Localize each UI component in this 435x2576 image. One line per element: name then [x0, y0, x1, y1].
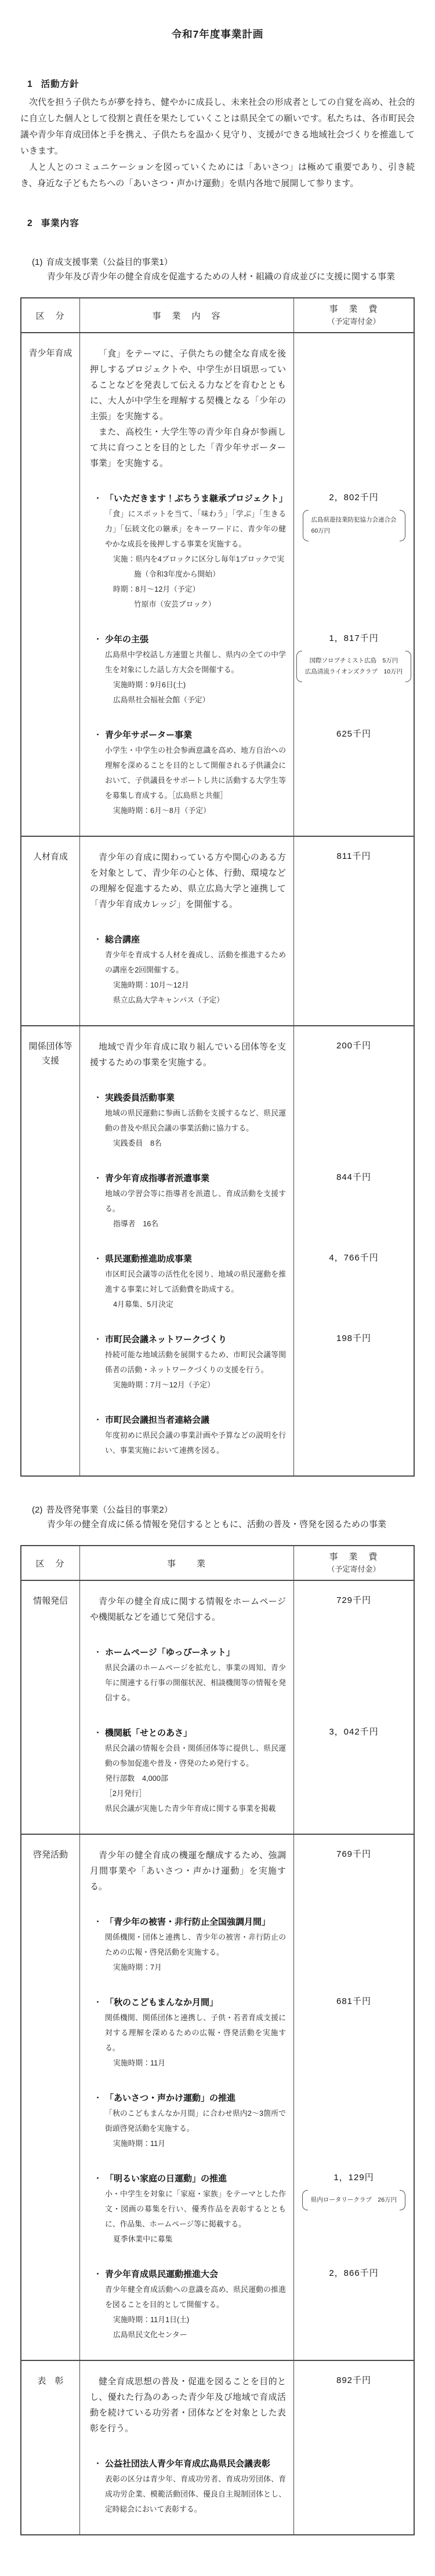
fee-note-line: 60万円	[311, 526, 397, 537]
fee-amount: 729千円	[294, 1594, 414, 1606]
item-title-text: 市町民会議担当者連絡会議	[105, 1415, 209, 1425]
item-detail: 夏季休業中に募集	[90, 2232, 286, 2247]
policy-paragraph: 人と人とのコミュニケーションを図っていくためには「あいさつ」は極めて重要であり、…	[20, 159, 415, 192]
fee-cell	[294, 912, 414, 1008]
row-category-label: 情報発信	[28, 1594, 73, 1608]
item-paragraph: 県民会議の情報を会員・関係団体等に提供し、県民運動の参加促進や普及・啓発のため発…	[90, 1741, 286, 1771]
fee-cell	[294, 1625, 414, 1706]
item-block: ・機関紙「せとのあさ」県民会議の情報を会員・関係団体等に提供し、県民運動の参加促…	[79, 1706, 294, 1816]
item-detail: 4月募集、5月決定	[90, 1297, 286, 1312]
fee-note-line: 広島清流ライオンズクラブ 10万円	[305, 666, 403, 677]
fee-cell: 625千円	[294, 708, 414, 818]
program1-heading: (1)育成支援事業（公益目的事業1）	[32, 256, 415, 268]
fee-cell: 769千円	[294, 1835, 414, 1894]
fee-amount: 2，802千円	[294, 491, 414, 503]
intro-paragraph: 青少年の育成に関わっている方や関心のある方を対象として、青少年の心と体、行動、環…	[90, 850, 286, 912]
table-header: 区 分 事 業 事 業 費 （予定寄付金）	[21, 1546, 414, 1581]
item-block: ・「いただきます！ぶちうま継承プロジェクト」「食」にスポットを当て、「味わう」「…	[79, 471, 294, 612]
table-row: 青少年育成「食」をテーマに、子供たちの健全な育成を後押しするプロジェクトや、中学…	[21, 333, 414, 836]
item-title: ・「明るい家庭の日運動」の推進	[90, 2171, 286, 2187]
item-block: ・「明るい家庭の日運動」の推進小・中学生を対象に「家庭・家族」をテーマとした作文…	[79, 2151, 294, 2247]
item-paragraph: 表彰の区分は青少年、育成功労者、育成功労団体、育成功労企業、模範活動団体、優良自…	[90, 2472, 286, 2517]
table-body: 青少年育成「食」をテーマに、子供たちの健全な育成を後押しするプロジェクトや、中学…	[21, 333, 414, 1475]
bullet-icon: ・	[93, 2090, 102, 2106]
item-subdetail: 竹原市（安芸ブロック）	[90, 597, 286, 612]
intro-paragraph: 地域で青少年育成に取り組んでいる団体等を支援するための事業を実施する。	[90, 1039, 286, 1070]
fee-note: 県内ロータリークラブ 26万円	[302, 2190, 405, 2210]
fee-amount: 1，817千円	[294, 632, 414, 644]
bullet-icon: ・	[93, 1251, 102, 1267]
program1-label: (1)	[32, 257, 42, 267]
fee-cell	[294, 333, 414, 471]
item-paragraph: 青少年健全育成活動への意識を高め、県民運動の推進を図ることを目的として開催する。	[90, 2282, 286, 2312]
item-block: ・「あいさつ・声かけ運動」の推進「秋のこどもまんなか月間」に合わせ県内2～3箇所…	[79, 2071, 294, 2151]
item-title-text: ホームページ「ゆっぴーネット」	[105, 1648, 235, 1657]
fee-amount: 625千円	[294, 727, 414, 739]
bullet-icon: ・	[93, 1725, 102, 1741]
bullet-icon: ・	[93, 1171, 102, 1186]
fee-cell	[294, 1393, 414, 1458]
fee-cell: 198千円	[294, 1312, 414, 1393]
program1-title: 育成支援事業（公益目的事業1）	[46, 257, 172, 267]
row-category-cell: 人材育成	[21, 837, 79, 1008]
bullet-icon: ・	[93, 2171, 102, 2187]
table-row: 表 彰健全育成思想の普及・促進を図ることを目的とし、優れた行為のあった青少年及び…	[21, 2360, 414, 2534]
item-title-text: 青少年サポーター事業	[105, 730, 192, 740]
table-body: 情報発信青少年の健全育成に関する情報をホームページや機関紙などを通じて発信する。…	[21, 1581, 414, 2534]
item-title: ・実践委員活動事業	[90, 1090, 286, 1106]
item-block: ・市町民会議担当者連絡会議年度初めに県民会議の事業計画や予算などの説明を行い、事…	[79, 1393, 294, 1458]
item-title-text: 少年の主張	[105, 635, 148, 644]
table-header: 区 分 事 業 内 容 事 業 費 （予定寄付金）	[21, 298, 414, 333]
item-paragraph: 青少年を育成する人材を養成し、活動を推進するための講座を2回開催する。	[90, 948, 286, 978]
item-block: ・総合講座青少年を育成する人材を養成し、活動を推進するための講座を2回開催する。…	[79, 912, 294, 1008]
column-header-category: 区 分	[21, 309, 79, 322]
bullet-icon: ・	[93, 632, 102, 647]
item-title-text: 県民運動推進助成事業	[105, 1254, 192, 1264]
item-title: ・「あいさつ・声かけ運動」の推進	[90, 2090, 286, 2106]
fee-amount: 811千円	[294, 850, 414, 862]
column-header-cost-line1: 事 業 費	[294, 1551, 414, 1563]
item-title-text: 市町民会議ネットワークづくり	[105, 1335, 227, 1345]
row-category-cell: 関係団体等支援	[21, 1026, 79, 1458]
fee-cell: 844千円	[294, 1151, 414, 1231]
fee-cell: 2，866千円	[294, 2247, 414, 2342]
item-title-text: 機関紙「せとのあさ」	[105, 1728, 192, 1738]
policy-paragraph: 次代を担う子供たちが夢を持ち、健やかに成長し、未来社会の形成者としての自覚を高め…	[20, 94, 415, 159]
page-title: 令和7年度事業計画	[20, 27, 415, 41]
item-detail: 実施：県内を4ブロックに区分し毎年1ブロックで実施（令和3年度から開始）	[90, 552, 286, 582]
item-paragraph: 地域の県民運動に参画し活動を支援するなど、県民運動の普及や県民会議の事業活動に協…	[90, 1106, 286, 1136]
fee-amount: 892千円	[294, 2374, 414, 2386]
column-header-cost-line2: （予定寄付金）	[294, 315, 414, 327]
bullet-icon: ・	[93, 932, 102, 948]
fee-amount: 4，766千円	[294, 1251, 414, 1263]
item-title: ・「秋のこどもまんなか月間」	[90, 1995, 286, 2010]
fee-note-line: 広島県遊技業防犯協力会連合会	[311, 515, 397, 526]
item-block: ・実践委員活動事業地域の県民運動に参画し活動を支援するなど、県民運動の普及や県民…	[79, 1070, 294, 1151]
bullet-icon: ・	[93, 1090, 102, 1106]
intro-paragraph: 青少年の健全育成に関する情報をホームページや機関紙などを通じて発信する。	[90, 1594, 286, 1625]
fee-note-line: 国際ソロプチミスト広島 5万円	[305, 655, 403, 666]
bullet-icon: ・	[93, 2267, 102, 2282]
program2-label: (2)	[32, 1505, 42, 1515]
item-title: ・公益社団法人青少年育成広島県民会議表彰	[90, 2456, 286, 2472]
item-detail: 広島県民文化センター	[90, 2327, 286, 2342]
column-header-cost: 事 業 費 （予定寄付金）	[294, 303, 414, 327]
intro-paragraph: 青少年の健全育成の機運を醸成するため、強調月間事業や「あいさつ・声かけ運動」を実…	[90, 1848, 286, 1894]
table-row: 情報発信青少年の健全育成に関する情報をホームページや機関紙などを通じて発信する。…	[21, 1581, 414, 1834]
column-header-cost: 事 業 費 （予定寄付金）	[294, 1551, 414, 1575]
fee-cell: 200千円	[294, 1026, 414, 1070]
column-header-cost-line1: 事 業 費	[294, 303, 414, 315]
item-detail: 実施時期：7月～12月（予定）	[90, 1378, 286, 1393]
fee-amount: 2，866千円	[294, 2267, 414, 2279]
fee-cell: 2，802千円広島県遊技業防犯協力会連合会60万円	[294, 471, 414, 612]
item-paragraph: 年度初めに県民会議の事業計画や予算などの説明を行い、事業実施において連携を図る。	[90, 1428, 286, 1458]
item-title: ・総合講座	[90, 932, 286, 948]
item-title: ・青少年育成県民運動推進大会	[90, 2267, 286, 2282]
item-paragraph: 「食」にスポットを当て、「味わう」「学ぶ」「生きる力」「伝統文化の継承」をキーワ…	[90, 507, 286, 552]
item-paragraph: 小学生・中学生の社会参画意識を高め、地方自治への理解を深めることを目的として開催…	[90, 743, 286, 803]
item-paragraph: 持続可能な地域活動を展開するため、市町民会議等関係者の活動・ネットワークづくりの…	[90, 1347, 286, 1378]
fee-cell: 4，766千円	[294, 1231, 414, 1312]
fee-amount: 769千円	[294, 1848, 414, 1860]
fee-cell: 3，042千円	[294, 1706, 414, 1816]
item-title-text: 「明るい家庭の日運動」の推進	[105, 2174, 227, 2184]
fee-cell: 681千円	[294, 1975, 414, 2071]
item-title: ・市町民会議担当者連絡会議	[90, 1412, 286, 1428]
item-block: ・青少年サポーター事業小学生・中学生の社会参画意識を高め、地方自治への理解を深め…	[79, 708, 294, 818]
intro-block: 青少年の健全育成の機運を醸成するため、強調月間事業や「あいさつ・声かけ運動」を実…	[79, 1835, 294, 1894]
item-paragraph: 広島県中学校話し方連盟と共催し、県内の全ての中学生を対象にした話し方大会を開催す…	[90, 647, 286, 677]
section-2-label: 事業内容	[41, 218, 79, 228]
bullet-icon: ・	[93, 2456, 102, 2472]
item-title-text: 実践委員活動事業	[105, 1093, 175, 1103]
item-title-text: 「いただきます！ぶちうま継承プロジェクト」	[105, 494, 288, 504]
bullet-icon: ・	[93, 727, 102, 743]
intro-block: 「食」をテーマに、子供たちの健全な育成を後押しするプロジェクトや、中学生が日頃思…	[79, 333, 294, 471]
fee-note-line: 県内ロータリークラブ 26万円	[311, 2195, 397, 2206]
fee-cell: 729千円	[294, 1581, 414, 1625]
item-paragraph: 県民会議が実施した青少年育成に関する事業を掲載	[90, 1801, 286, 1816]
item-paragraph: 県民会議のホームページを拡充し、事業の周知、青少年に関連する行事の開催状況、相談…	[90, 1660, 286, 1706]
program2-heading: (2)普及啓発事業（公益目的事業2）	[32, 1503, 415, 1515]
item-paragraph: 小・中学生を対象に「家庭・家族」をテーマとした作文・図画の募集を行い、優秀作品を…	[90, 2187, 286, 2232]
column-header-cost-line2: （予定寄付金）	[294, 1563, 414, 1575]
item-paragraph: 市区町民会議等の活性化を図り、地域の県民運動を推進する事業に対して活動費を助成す…	[90, 1267, 286, 1297]
intro-block: 青少年の育成に関わっている方や関心のある方を対象として、青少年の心と体、行動、環…	[79, 837, 294, 912]
item-detail: 実施時期：10月～12月	[90, 978, 286, 993]
item-block: ・青少年育成指導者派遣事業地域の学習会等に指導者を派遣し、育成活動を支援する。指…	[79, 1151, 294, 1231]
section-1-label: 活動方針	[41, 79, 79, 89]
item-title-text: 「秋のこどもまんなか月間」	[105, 1998, 218, 2007]
fee-cell	[294, 2071, 414, 2151]
fee-note: 広島県遊技業防犯協力会連合会60万円	[303, 510, 405, 541]
item-paragraph: ［2月発行］	[90, 1786, 286, 1801]
item-title: ・機関紙「せとのあさ」	[90, 1725, 286, 1741]
item-title-text: 総合講座	[105, 935, 140, 945]
bullet-icon: ・	[93, 1914, 102, 1930]
intro-block: 青少年の健全育成に関する情報をホームページや機関紙などを通じて発信する。	[79, 1581, 294, 1625]
fee-amount: 200千円	[294, 1039, 414, 1051]
section-2-number: 2	[27, 218, 33, 228]
document: 令和7年度事業計画 1活動方針 次代を担う子供たちが夢を持ち、健やかに成長し、未…	[0, 0, 435, 2576]
fee-cell: 1，129円県内ロータリークラブ 26万円	[294, 2151, 414, 2247]
row-category-label: 青少年育成	[28, 346, 73, 360]
program1-table: 区 分 事 業 内 容 事 業 費 （予定寄付金） 青少年育成「食」をテーマに、…	[20, 297, 415, 1477]
column-header-content: 事 業 内 容	[79, 309, 294, 322]
item-detail: 時期：8月～12月（予定）	[90, 582, 286, 597]
item-title: ・「青少年の被害・非行防止全国強調月間」	[90, 1914, 286, 1930]
item-title-text: 「あいさつ・声かけ運動」の推進	[105, 2093, 235, 2103]
item-title: ・市町民会議ネットワークづくり	[90, 1332, 286, 1347]
section-1-number: 1	[27, 79, 33, 89]
item-detail: 実施時期：6月～8月（予定）	[90, 803, 286, 818]
item-paragraph: 「秋のこどもまんなか月間」に合わせ県内2～3箇所で街頭啓発活動を実施する。	[90, 2106, 286, 2136]
item-detail: 指導者 16名	[90, 1216, 286, 1231]
item-title: ・県民運動推進助成事業	[90, 1251, 286, 1267]
intro-paragraph: 「食」をテーマに、子供たちの健全な育成を後押しするプロジェクトや、中学生が日頃思…	[90, 346, 286, 424]
row-category-label: 人材育成	[28, 850, 73, 864]
fee-cell: 811千円	[294, 837, 414, 912]
row-category-label: 表 彰	[28, 2374, 73, 2388]
intro-block: 地域で青少年育成に取り組んでいる団体等を支援するための事業を実施する。	[79, 1026, 294, 1070]
column-header-content: 事 業	[79, 1557, 294, 1569]
item-paragraph: 地域の学習会等に指導者を派遣し、育成活動を支援する。	[90, 1186, 286, 1216]
column-header-category: 区 分	[21, 1557, 79, 1569]
fee-cell: 892千円	[294, 2361, 414, 2436]
item-title: ・少年の主張	[90, 632, 286, 647]
table-row: 啓発活動青少年の健全育成の機運を醸成するため、強調月間事業や「あいさつ・声かけ運…	[21, 1834, 414, 2360]
fee-amount: 1，129円	[294, 2171, 414, 2183]
table-row: 関係団体等支援地域で青少年育成に取り組んでいる団体等を支援するための事業を実施す…	[21, 1025, 414, 1475]
item-detail: 実施時期：9月6日(土)	[90, 677, 286, 693]
item-title-text: 公益社団法人青少年育成広島県民会議表彰	[105, 2459, 270, 2469]
row-category-cell: 情報発信	[21, 1581, 79, 1816]
bullet-icon: ・	[93, 1995, 102, 2010]
item-paragraph: 発行部数 4,000部	[90, 1771, 286, 1786]
item-detail: 実施時期：7月	[90, 1960, 286, 1975]
item-title-text: 「青少年の被害・非行防止全国強調月間」	[105, 1917, 270, 1927]
fee-cell: 1，817千円国際ソロプチミスト広島 5万円広島清流ライオンズクラブ 10万円	[294, 612, 414, 708]
fee-note: 国際ソロプチミスト広島 5万円広島清流ライオンズクラブ 10万円	[296, 651, 411, 682]
item-detail: 広島県社会福祉会館（予定）	[90, 693, 286, 708]
item-detail: 実施時期：11月	[90, 2056, 286, 2071]
item-detail: 実施時期：11月	[90, 2136, 286, 2151]
fee-cell	[294, 1894, 414, 1975]
program2-subtitle: 青少年の健全育成に係る情報を発信するとともに、活動の普及・啓発を図るための事業	[47, 1518, 415, 1530]
table-row: 人材育成青少年の育成に関わっている方や関心のある方を対象として、青少年の心と体、…	[21, 836, 414, 1025]
fee-amount: 681千円	[294, 1995, 414, 2007]
fee-cell	[294, 1070, 414, 1151]
item-title: ・ホームページ「ゆっぴーネット」	[90, 1645, 286, 1660]
item-detail: 実施時期：11月1日(土)	[90, 2312, 286, 2327]
item-paragraph: 関係機関・団体と連携し、青少年の被害・非行防止のための広報・啓発活動を実施する。	[90, 1930, 286, 1960]
item-block: ・「青少年の被害・非行防止全国強調月間」関係機関・団体と連携し、青少年の被害・非…	[79, 1894, 294, 1975]
row-category-label: 関係団体等支援	[28, 1039, 73, 1068]
program2-table: 区 分 事 業 事 業 費 （予定寄付金） 情報発信青少年の健全育成に関する情報…	[20, 1545, 415, 2535]
item-title: ・青少年サポーター事業	[90, 727, 286, 743]
item-block: ・「秋のこどもまんなか月間」関係機関、関係団体と連携し、子供・若者育成支援に対す…	[79, 1975, 294, 2071]
item-block: ・公益社団法人青少年育成広島県民会議表彰表彰の区分は青少年、育成功労者、育成功労…	[79, 2436, 294, 2517]
fee-cell	[294, 2436, 414, 2517]
row-category-cell: 青少年育成	[21, 333, 79, 818]
item-title-text: 青少年育成指導者派遣事業	[105, 1174, 209, 1183]
item-detail: 県立広島大学キャンパス（予定）	[90, 993, 286, 1008]
fee-amount: 3，042千円	[294, 1725, 414, 1737]
item-title: ・「いただきます！ぶちうま継承プロジェクト」	[90, 491, 286, 507]
intro-paragraph: また、高校生・大学生等の青少年自身が参画して共に育つことを目的とした「青少年サポ…	[90, 424, 286, 471]
fee-amount: 844千円	[294, 1171, 414, 1183]
row-category-cell: 啓発活動	[21, 1835, 79, 2342]
item-block: ・県民運動推進助成事業市区町民会議等の活性化を図り、地域の県民運動を推進する事業…	[79, 1231, 294, 1312]
item-title: ・青少年育成指導者派遣事業	[90, 1171, 286, 1186]
fee-amount: 198千円	[294, 1332, 414, 1344]
intro-block: 健全育成思想の普及・促進を図ることを目的とし、優れた行為のあった青少年及び地域で…	[79, 2361, 294, 2436]
item-block: ・青少年育成県民運動推進大会青少年健全育成活動への意識を高め、県民運動の推進を図…	[79, 2247, 294, 2342]
bullet-icon: ・	[93, 491, 102, 507]
row-category-label: 啓発活動	[28, 1848, 73, 1862]
item-block: ・ホームページ「ゆっぴーネット」県民会議のホームページを拡充し、事業の周知、青少…	[79, 1625, 294, 1706]
item-detail: 実践委員 8名	[90, 1136, 286, 1151]
intro-paragraph: 健全育成思想の普及・促進を図ることを目的とし、優れた行為のあった青少年及び地域で…	[90, 2374, 286, 2436]
bullet-icon: ・	[93, 1412, 102, 1428]
section-2-heading: 2事業内容	[27, 216, 415, 229]
program2-title: 普及啓発事業（公益目的事業2）	[46, 1505, 172, 1515]
item-block: ・少年の主張広島県中学校話し方連盟と共催し、県内の全ての中学生を対象にした話し方…	[79, 612, 294, 708]
section-1-heading: 1活動方針	[27, 77, 415, 90]
row-category-cell: 表 彰	[21, 2361, 79, 2517]
item-paragraph: 関係機関、関係団体と連携し、子供・若者育成支援に対する理解を深めるための広報・啓…	[90, 2010, 286, 2056]
item-title-text: 青少年育成県民運動推進大会	[105, 2269, 218, 2279]
bullet-icon: ・	[93, 1332, 102, 1347]
bullet-icon: ・	[93, 1645, 102, 1660]
program1-subtitle: 青少年及び青少年の健全育成を促進するための人材・組織の育成並びに支援に関する事業	[47, 270, 415, 282]
item-block: ・市町民会議ネットワークづくり持続可能な地域活動を展開するため、市町民会議等関係…	[79, 1312, 294, 1393]
